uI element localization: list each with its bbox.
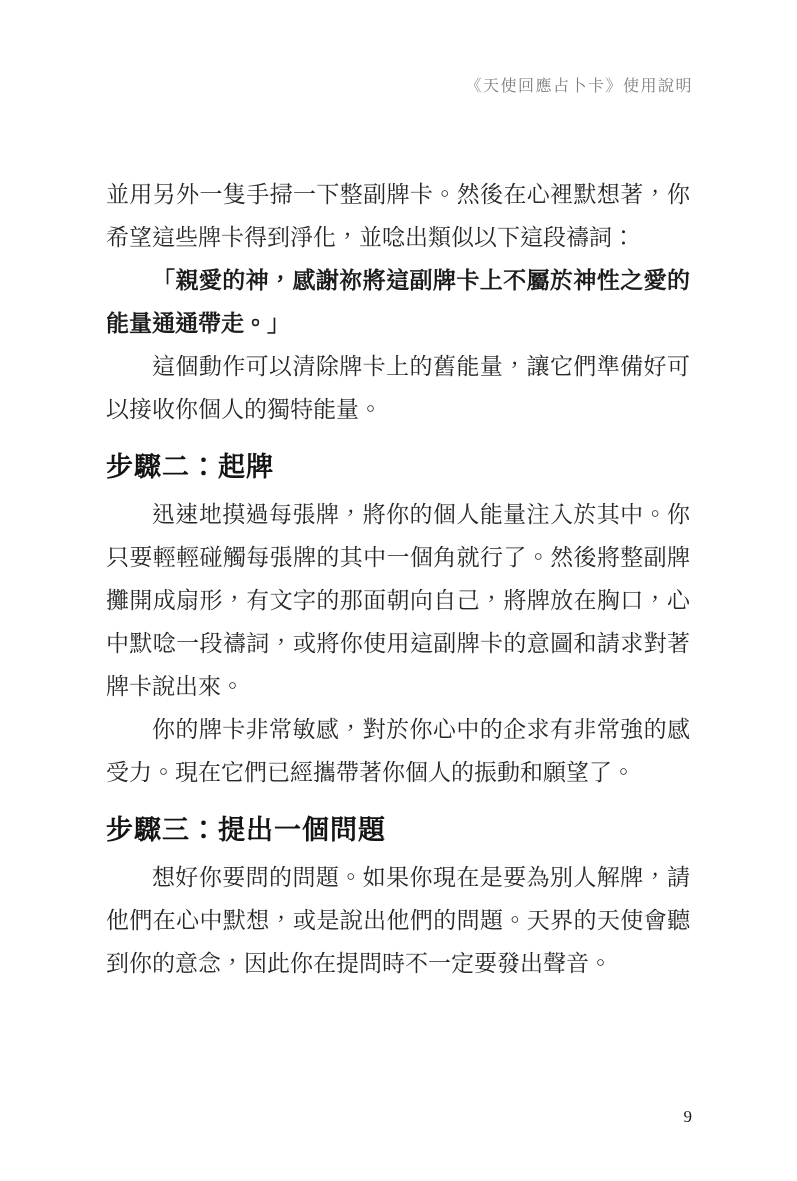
page-body: 並用另外一隻手掃一下整副牌卡。然後在心裡默想著，你希望這些牌卡得到淨化，並唸出類… [106,173,690,985]
after-prayer-paragraph: 這個動作可以清除牌卡上的舊能量，讓它們準備好可以接收你個人的獨特能量。 [106,345,690,431]
step-2-paragraph-2: 你的牌卡非常敏感，對於你心中的企求有非常強的感受力。現在它們已經攜帶著你個人的振… [106,708,690,794]
step-2-paragraph-1: 迅速地摸過每張牌，將你的個人能量注入於其中。你只要輕輕碰觸每張牌的其中一個角就行… [106,493,690,708]
intro-paragraph: 並用另外一隻手掃一下整副牌卡。然後在心裡默想著，你希望這些牌卡得到淨化，並唸出類… [106,173,690,259]
section-heading-step-2: 步驟二：起牌 [106,446,690,489]
section-heading-step-3: 步驟三：提出一個問題 [106,809,690,852]
prayer-quote: 「親愛的神，感謝祢將這副牌卡上不屬於神性之愛的能量通通帶走。」 [106,259,690,345]
book-page: 《天使回應占卜卡》使用說明 並用另外一隻手掃一下整副牌卡。然後在心裡默想著，你希… [0,0,797,1181]
page-number: 9 [684,1106,693,1128]
running-header: 《天使回應占卜卡》使用說明 [465,76,693,98]
step-3-paragraph-1: 想好你要問的問題。如果你現在是要為別人解牌，請他們在心中默想，或是說出他們的問題… [106,856,690,985]
